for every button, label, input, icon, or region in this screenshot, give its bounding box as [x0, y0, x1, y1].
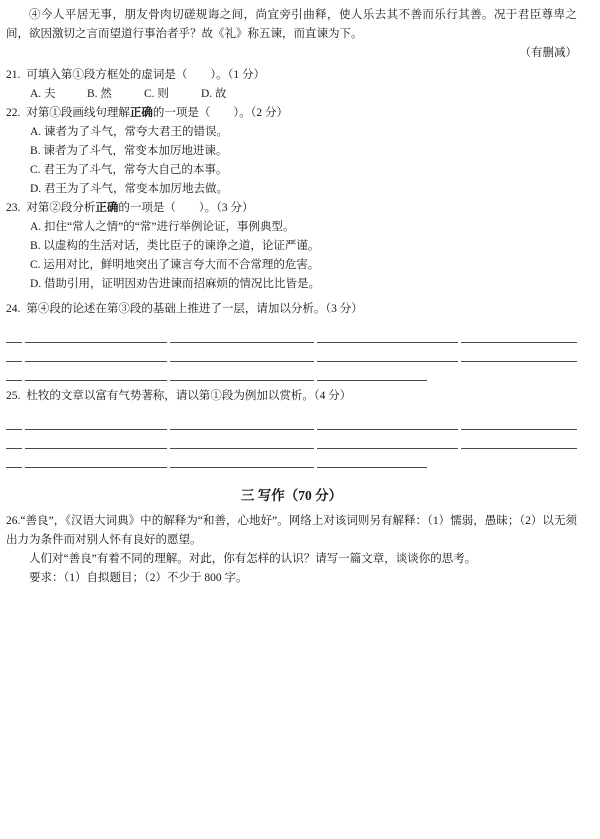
answer-line-segment [461, 429, 577, 430]
passage-paragraph-4: ④今人平居无事，朋友骨肉切磋规诲之间，尚宜旁引曲释，使人乐去其不善而乐行其善。况… [6, 6, 577, 44]
question-23-option-c: C. 运用对比，鲜明地突出了谏言夸大而不合常理的危害。 [6, 256, 577, 275]
question-24-stem: 24.第④段的论述在第③段的基础上推进了一层，请加以分析。（3 分） [6, 300, 577, 319]
answer-line-segment [6, 448, 22, 449]
answer-line-segment [170, 429, 314, 430]
question-22-stem-bold: 正确 [130, 107, 153, 119]
question-23-stem-text-post: 的一项是（ ）。（3 分） [118, 202, 253, 214]
question-26-discussion: 人们对“善良”有着不同的理解。对此，你有怎样的认识？请写一篇文章，谈谈你的思考。 [6, 550, 577, 569]
question-23-option-d: D. 借助引用，证明因劝告进谏而招麻烦的情况比比皆是。 [6, 275, 577, 294]
question-25-stem-text: 杜牧的文章以富有气势著称，请以第①段为例加以赏析。（4 分） [26, 390, 351, 402]
question-21-option-d: D. 故 [201, 85, 258, 104]
question-23-option-b: B. 以虚构的生活对话，类比臣子的谏诤之道，论证严谨。 [6, 237, 577, 256]
answer-line-segment [317, 467, 427, 468]
answer-line-segment [170, 467, 314, 468]
answer-line [6, 324, 577, 343]
answer-line [6, 362, 577, 381]
reading-passage: ④今人平居无事，朋友骨肉切磋规诲之间，尚宜旁引曲释，使人乐去其不善而乐行其善。况… [6, 6, 577, 63]
question-22: 22.对第①段画线句理解正确的一项是（ ）。（2 分） A. 谏者为了斗气，常夸… [6, 104, 577, 199]
answer-line-segment [25, 361, 167, 362]
question-22-option-b: B. 谏者为了斗气，常变本加厉地进谏。 [6, 142, 577, 161]
answer-line-segment [25, 429, 167, 430]
question-21-option-a: A. 夫 [30, 85, 87, 104]
answer-line-segment [6, 429, 22, 430]
question-21-stem: 21.可填入第①段方框处的虚词是（ ）。（1 分） [6, 66, 577, 85]
question-22-option-d: D. 君王为了斗气，常变本加厉地去做。 [6, 180, 577, 199]
question-26: 26.“善良”，《汉语大词典》中的解释为“和善，心地好”。网络上对该词则另有解释… [6, 512, 577, 588]
answer-line-segment [25, 448, 167, 449]
question-22-option-a: A. 谏者为了斗气，常夸大君王的错误。 [6, 123, 577, 142]
answer-line-segment [317, 429, 458, 430]
question-25: 25.杜牧的文章以富有气势著称，请以第①段为例加以赏析。（4 分） [6, 387, 577, 468]
question-22-stem-text: 对第①段画线句理解 [26, 107, 130, 119]
question-21-option-c: C. 则 [144, 85, 201, 104]
question-23-option-a: A. 扣住“常人之情”的“常”进行举例论证，事例典型。 [6, 218, 577, 237]
answer-line-segment [170, 342, 314, 343]
answer-line [6, 411, 577, 430]
question-21-option-b: B. 然 [87, 85, 144, 104]
question-22-stem: 22.对第①段画线句理解正确的一项是（ ）。（2 分） [6, 104, 577, 123]
answer-line-segment [25, 342, 167, 343]
writing-section: 三 写作（70 分） 26.“善良”，《汉语大词典》中的解释为“和善，心地好”。… [6, 486, 577, 588]
question-23: 23.对第②段分析正确的一项是（ ）。（3 分） A. 扣住“常人之情”的“常”… [6, 199, 577, 294]
question-24-stem-text: 第④段的论述在第③段的基础上推进了一层，请加以分析。（3 分） [26, 303, 362, 315]
answer-line-segment [317, 380, 427, 381]
answer-line-segment [6, 380, 22, 381]
question-24: 24.第④段的论述在第③段的基础上推进了一层，请加以分析。（3 分） [6, 300, 577, 381]
question-26-requirements: 要求：（1）自拟题目；（2）不少于 800 字。 [6, 569, 577, 588]
answer-line-segment [25, 380, 167, 381]
question-25-stem: 25.杜牧的文章以富有气势著称，请以第①段为例加以赏析。（4 分） [6, 387, 577, 406]
answer-line-segment [461, 342, 577, 343]
answer-line-segment [170, 448, 314, 449]
deletion-note: （有删减） [6, 44, 577, 63]
answer-line-segment [461, 448, 577, 449]
question-25-answer-area [6, 411, 577, 468]
answer-line-segment [170, 380, 314, 381]
answer-line-segment [170, 361, 314, 362]
question-25-number: 25. [6, 390, 20, 402]
answer-line-segment [25, 467, 167, 468]
question-21: 21.可填入第①段方框处的虚词是（ ）。（1 分） A. 夫 B. 然 C. 则… [6, 66, 577, 104]
question-21-number: 21. [6, 69, 20, 81]
answer-line [6, 449, 577, 468]
question-24-number: 24. [6, 303, 20, 315]
question-23-stem-bold: 正确 [95, 202, 118, 214]
answer-line-segment [461, 361, 577, 362]
question-22-option-c: C. 君王为了斗气，常夸大自己的本事。 [6, 161, 577, 180]
question-26-number: 26. [6, 515, 20, 527]
question-21-options: A. 夫 B. 然 C. 则 D. 故 [6, 85, 577, 104]
question-22-stem-text-post: 的一项是（ ）。（2 分） [153, 107, 288, 119]
exam-page: ④今人平居无事，朋友骨肉切磋规诲之间，尚宜旁引曲释，使人乐去其不善而乐行其善。况… [0, 0, 600, 839]
question-22-number: 22. [6, 107, 20, 119]
answer-line-segment [6, 361, 22, 362]
question-21-stem-text: 可填入第①段方框处的虚词是（ ）。（1 分） [26, 69, 265, 81]
answer-line [6, 430, 577, 449]
answer-line-segment [317, 448, 458, 449]
question-26-prompt: 26.“善良”，《汉语大词典》中的解释为“和善，心地好”。网络上对该词则另有解释… [6, 512, 577, 550]
answer-line-segment [317, 361, 458, 362]
question-23-stem-text: 对第②段分析 [26, 202, 95, 214]
question-24-answer-area [6, 324, 577, 381]
answer-line-segment [6, 342, 22, 343]
answer-line [6, 343, 577, 362]
writing-section-title: 三 写作（70 分） [6, 486, 577, 506]
answer-line-segment [6, 467, 22, 468]
question-23-stem: 23.对第②段分析正确的一项是（ ）。（3 分） [6, 199, 577, 218]
answer-line-segment [317, 342, 458, 343]
question-23-number: 23. [6, 202, 20, 214]
question-26-prompt-text: “善良”，《汉语大词典》中的解释为“和善，心地好”。网络上对该词则另有解释：（1… [6, 515, 577, 546]
